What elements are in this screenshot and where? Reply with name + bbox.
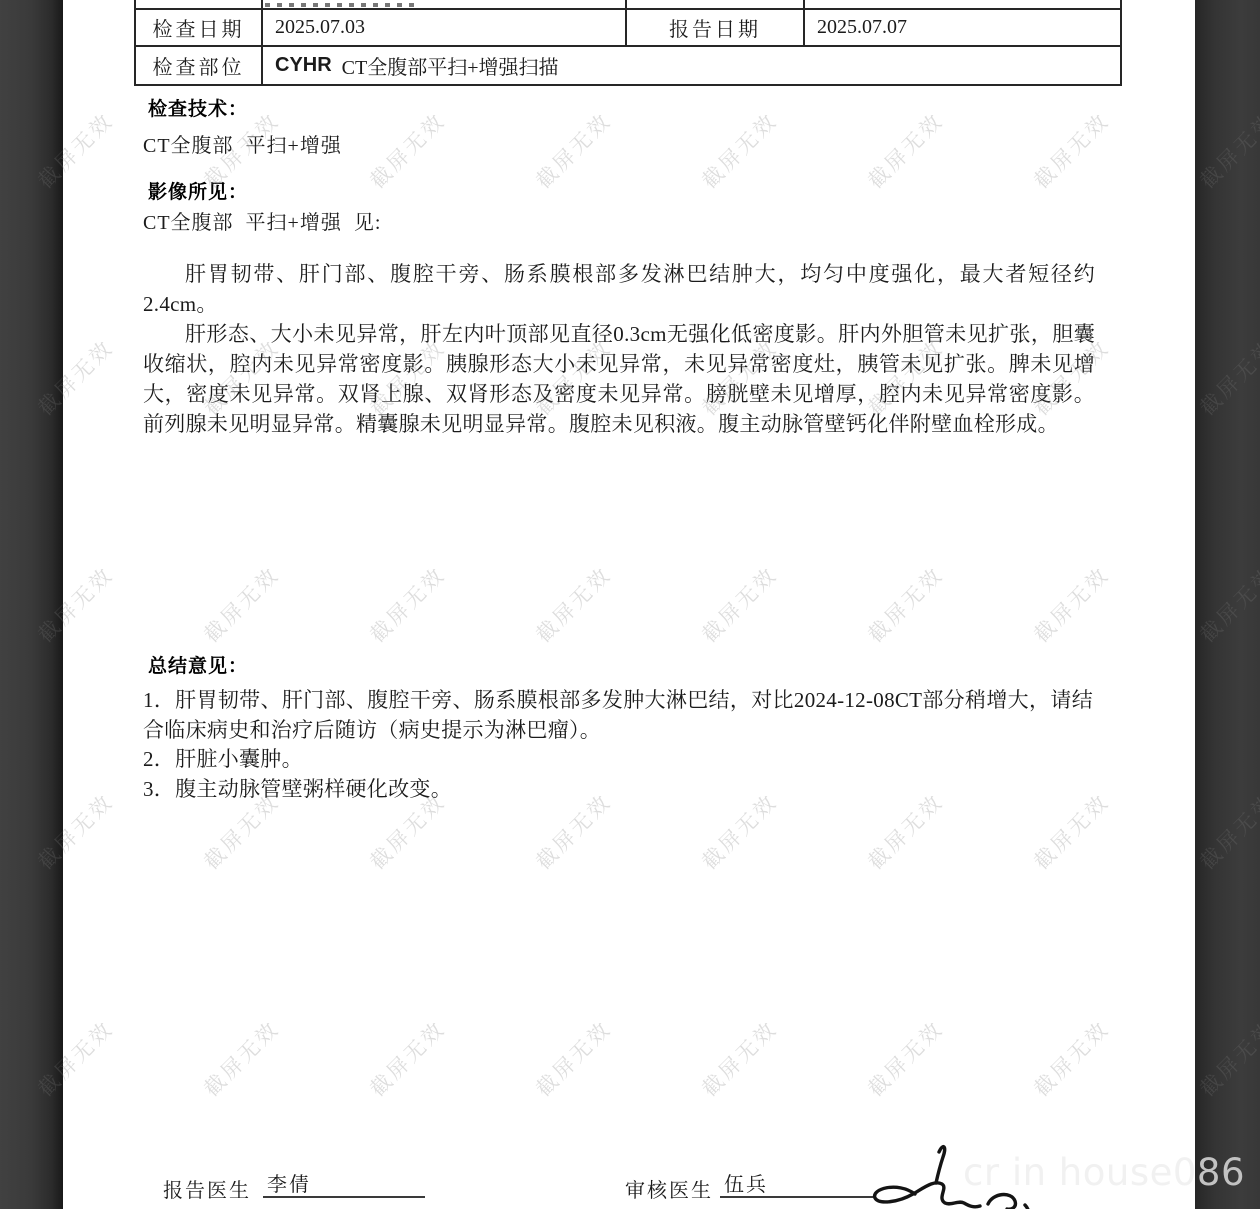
clipped-row-cell	[261, 0, 625, 8]
account-watermark-text-on-frame: cr in house086	[1195, 1151, 1245, 1194]
summary-list: 1．肝胃韧带、肝门部、腹腔干旁、肠系膜根部多发肿大淋巴结，对比2024-12-0…	[143, 686, 1093, 804]
exam-date-value-cell: 2025.07.03	[261, 8, 625, 45]
technique-text: CT全腹部 平扫+增强	[143, 129, 342, 158]
clipped-row-cell	[625, 0, 803, 8]
report-header-table: 检查日期 2025.07.03 报告日期 2025.07.07 检查部位 CYH…	[134, 0, 1122, 86]
exam-site-code: CYHR	[275, 54, 332, 77]
report-doctor-name: 李倩	[263, 1168, 425, 1198]
exam-site-text: CT全腹部平扫+增强扫描	[342, 51, 559, 80]
screenshot-viewport: 检查日期 2025.07.03 报告日期 2025.07.07 检查部位 CYH…	[0, 0, 1260, 1209]
report-page: 检查日期 2025.07.03 报告日期 2025.07.07 检查部位 CYH…	[63, 0, 1195, 1209]
clipped-row-cell	[803, 0, 1120, 8]
exam-site-label-cell: 检查部位	[136, 45, 261, 84]
exam-date-label-cell: 检查日期	[136, 8, 261, 45]
review-doctor-name: 伍兵	[720, 1168, 873, 1198]
clipped-row-text-remnant	[265, 3, 417, 7]
reviewer-signature	[853, 1140, 1073, 1209]
clipped-row-cell	[136, 0, 261, 8]
findings-paragraph: 肝胃韧带、肝门部、腹腔干旁、肠系膜根部多发淋巴结肿大，均匀中度强化，最大者短径约…	[143, 259, 1095, 319]
findings-intro: CT全腹部 平扫+增强 见:	[143, 206, 381, 235]
technique-heading: 检查技术：	[148, 94, 248, 121]
report-date-label-cell: 报告日期	[625, 8, 803, 45]
left-dark-frame	[0, 0, 63, 1209]
report-doctor-label: 报告医生	[163, 1174, 251, 1203]
review-doctor-label: 审核医生	[625, 1174, 713, 1203]
findings-heading: 影像所见：	[148, 177, 248, 204]
findings-paragraphs: 肝胃韧带、肝门部、腹腔干旁、肠系膜根部多发淋巴结肿大，均匀中度强化，最大者短径约…	[143, 259, 1095, 439]
report-date-value-cell: 2025.07.07	[803, 8, 1120, 45]
right-dark-frame: cr in house086	[1195, 0, 1260, 1209]
summary-heading: 总结意见：	[148, 651, 248, 678]
summary-item: 2．肝脏小囊肿。	[143, 745, 1093, 775]
summary-item: 1．肝胃韧带、肝门部、腹腔干旁、肠系膜根部多发肿大淋巴结，对比2024-12-0…	[143, 686, 1093, 745]
findings-paragraph: 肝形态、大小未见异常，肝左内叶顶部见直径0.3cm无强化低密度影。肝内外胆管未见…	[143, 319, 1095, 439]
summary-item: 3．腹主动脉管壁粥样硬化改变。	[143, 775, 1093, 805]
exam-site-value-cell: CYHR CT全腹部平扫+增强扫描	[261, 45, 1120, 84]
